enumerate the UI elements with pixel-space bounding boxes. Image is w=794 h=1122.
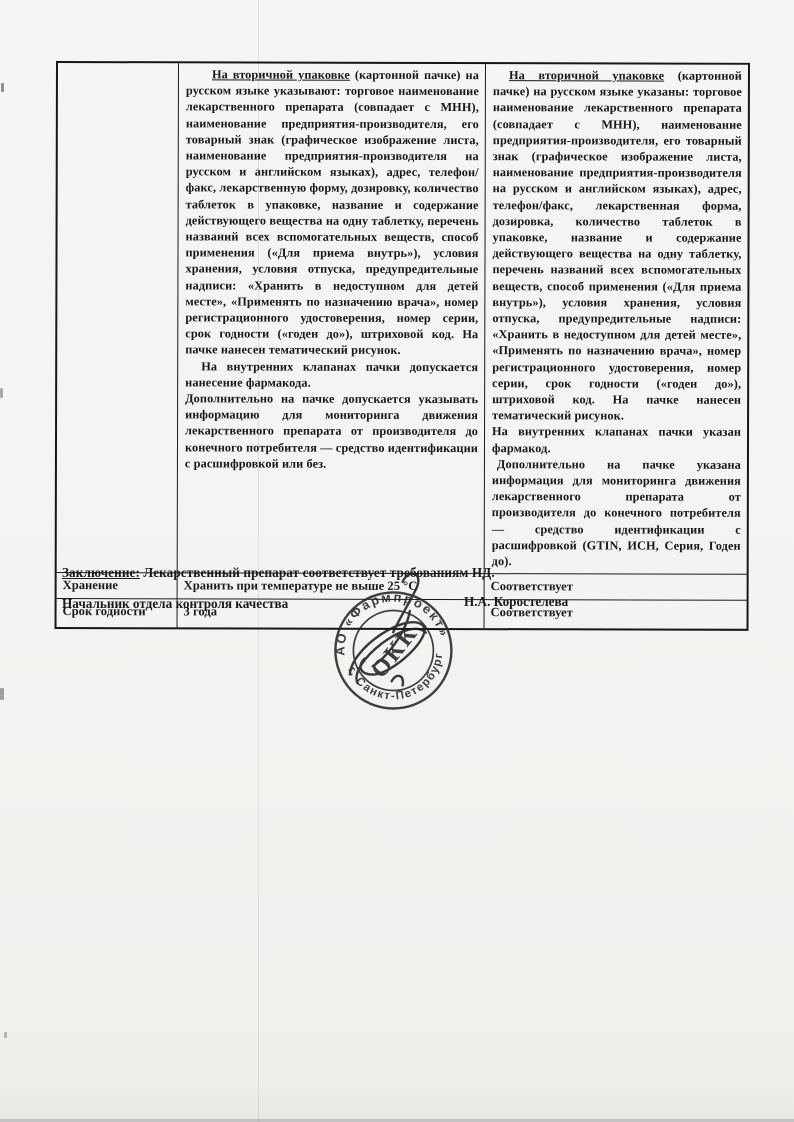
requirements-paragraph-1-body: (картонной пачке) на русском языке указы… bbox=[185, 68, 479, 358]
actual-paragraph-1: На вторичной упаковке (картонной пачке) … bbox=[492, 67, 742, 424]
stamp-graphic: АО «Фармпроект» * г. Санкт-Петербург * О… bbox=[303, 555, 488, 740]
requirements-paragraph-3: Дополнительно на пачке допускается указы… bbox=[185, 390, 478, 472]
requirements-paragraph-2: На внутренних клапанах пачки допускается… bbox=[185, 358, 478, 391]
actual-paragraph-1-body: (картонной пачке) на русском языке указа… bbox=[492, 69, 742, 423]
actual-paragraph-2: На внутренних клапанах пачки указан фарм… bbox=[492, 424, 741, 457]
main-row-empty-label-cell bbox=[57, 63, 179, 574]
secondary-packaging-lead: На вторичной упаковке bbox=[509, 68, 664, 82]
scan-speck bbox=[0, 388, 3, 398]
scanned-document-page: На вторичной упаковке (картонной пачке) … bbox=[0, 0, 794, 1122]
signoff-name: Н.А. Коростелева bbox=[464, 594, 568, 610]
secondary-packaging-lead: На вторичной упаковке bbox=[212, 67, 350, 81]
scan-speck bbox=[4, 1032, 7, 1038]
scan-speck bbox=[1, 83, 4, 92]
actual-paragraph-3: Дополнительно на пачке указана информаци… bbox=[492, 456, 741, 570]
actual-packaging-cell: На вторичной упаковке (картонной пачке) … bbox=[485, 64, 748, 575]
requirements-paragraph-1: На вторичной упаковке (картонной пачке) … bbox=[185, 66, 479, 358]
packaging-requirements-table: На вторичной упаковке (картонной пачке) … bbox=[55, 61, 750, 631]
requirements-nd-cell: На вторичной упаковке (картонной пачке) … bbox=[178, 63, 486, 574]
company-stamp: АО «Фармпроект» * г. Санкт-Петербург * О… bbox=[303, 555, 488, 740]
conclusion-label: Заключение: bbox=[62, 565, 140, 580]
signoff-title: Начальник отдела контроля качества bbox=[62, 596, 288, 612]
scan-speck bbox=[0, 688, 4, 700]
